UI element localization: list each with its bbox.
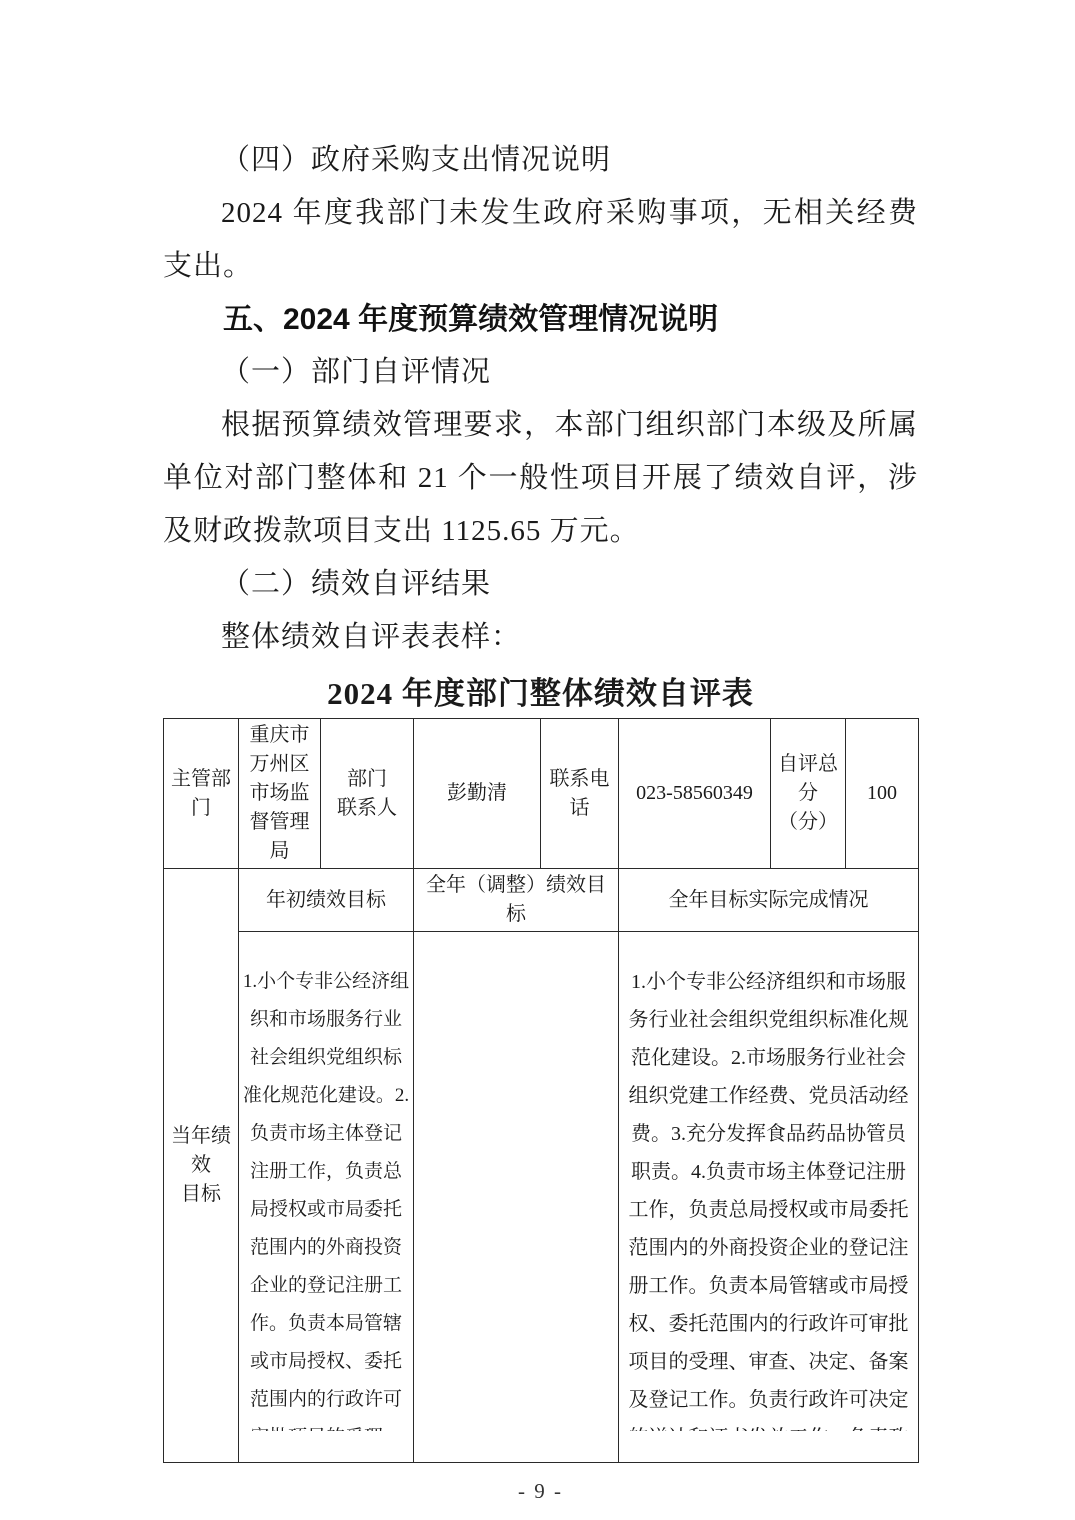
- page-number: - 9 -: [163, 1479, 918, 1504]
- section5-sub1-paragraph: 根据预算绩效管理要求，本部门组织部门本级及所属单位对部门整体和 21 个一般性项…: [163, 399, 918, 558]
- contact-value-cell: 彭勤清: [414, 719, 541, 869]
- section5-sub2-lead: 整体绩效自评表表样：: [163, 611, 918, 664]
- contact-label-cell: 部门 联系人: [321, 719, 414, 869]
- table-row-goal-content: 1.小个专非公经济组织和市场服务行业社会组织党组织标准化规范化建设。2.负责市场…: [164, 932, 919, 1463]
- score-label-cell: 自评总 分 （分）: [771, 719, 846, 869]
- goal-initial-cell: 1.小个专非公经济组织和市场服务行业社会组织党组织标准化规范化建设。2.负责市场…: [239, 932, 414, 1463]
- section5-sub2-heading: （二）绩效自评结果: [163, 558, 918, 611]
- section4-paragraph: 2024 年度我部门未发生政府采购事项，无相关经费支出。: [163, 187, 918, 293]
- goal-adjusted-cell: [414, 932, 619, 1463]
- section4-heading: （四）政府采购支出情况说明: [163, 134, 918, 187]
- goal-header-initial-cell: 年初绩效目标: [239, 869, 414, 932]
- supervisor-value-cell: 重庆市 万州区 市场监 督管理 局: [239, 719, 321, 869]
- performance-self-eval-table: 主管部 门 重庆市 万州区 市场监 督管理 局 部门 联系人 彭勤清 联系电 话…: [163, 718, 919, 1463]
- phone-label-cell: 联系电 话: [541, 719, 619, 869]
- goal-adjusted-text: [417, 963, 615, 1431]
- goal-initial-text: 1.小个专非公经济组织和市场服务行业社会组织党组织标准化规范化建设。2.负责市场…: [242, 963, 410, 1431]
- score-value-cell: 100: [846, 719, 919, 869]
- section5-heading: 五、2024 年度预算绩效管理情况说明: [163, 293, 918, 346]
- goal-row-label-cell: 当年绩 效 目标: [164, 869, 239, 1463]
- table-row-info: 主管部 门 重庆市 万州区 市场监 督管理 局 部门 联系人 彭勤清 联系电 话…: [164, 719, 919, 869]
- supervisor-label-cell: 主管部 门: [164, 719, 239, 869]
- document-page: （四）政府采购支出情况说明 2024 年度我部门未发生政府采购事项，无相关经费支…: [0, 0, 1075, 1520]
- section5-sub1-heading: （一）部门自评情况: [163, 346, 918, 399]
- goal-header-adjusted-cell: 全年（调整）绩效目标: [414, 869, 619, 932]
- goal-header-actual-cell: 全年目标实际完成情况: [619, 869, 919, 932]
- table-title: 2024 年度部门整体绩效自评表: [163, 672, 918, 716]
- goal-actual-text: 1.小个专非公经济组织和市场服务行业社会组织党组织标准化规范化建设。2.市场服务…: [622, 963, 915, 1431]
- phone-value-cell: 023-58560349: [619, 719, 771, 869]
- table-row-goal-headers: 当年绩 效 目标 年初绩效目标 全年（调整）绩效目标 全年目标实际完成情况: [164, 869, 919, 932]
- goal-actual-cell: 1.小个专非公经济组织和市场服务行业社会组织党组织标准化规范化建设。2.市场服务…: [619, 932, 919, 1463]
